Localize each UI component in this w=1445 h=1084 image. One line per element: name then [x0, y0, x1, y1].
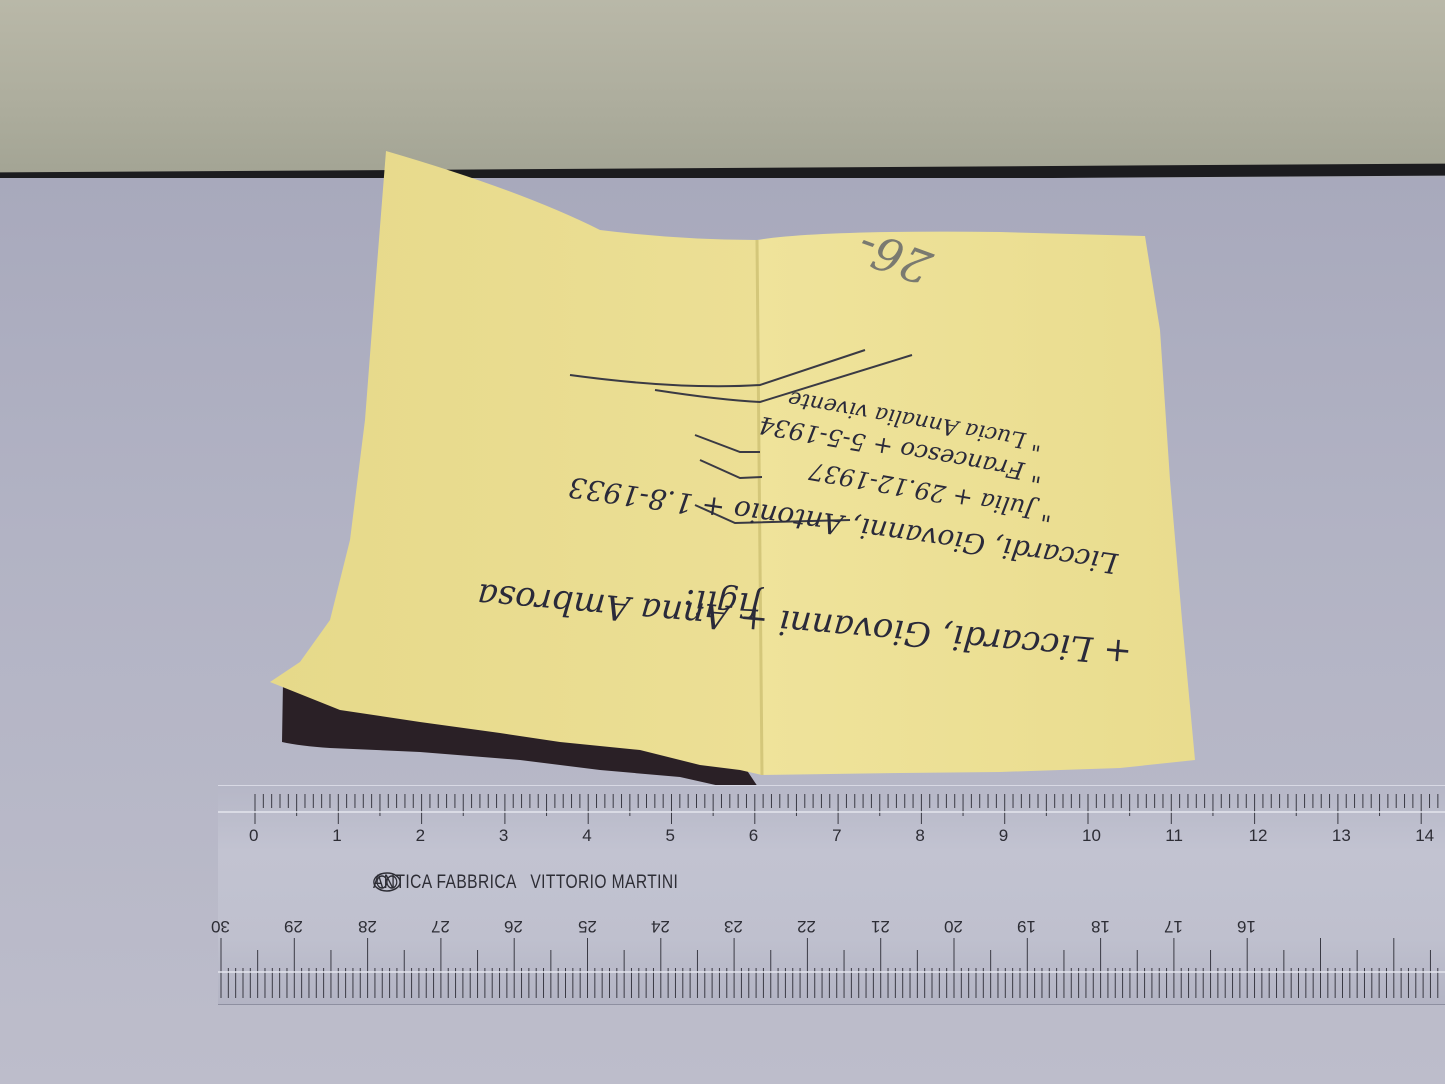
top-scale-label: 9 [999, 826, 1008, 846]
top-scale-label: 3 [499, 826, 508, 846]
top-scale-label: 2 [416, 826, 425, 846]
bottom-scale-label: 17 [1164, 916, 1183, 936]
top-scale-label: 1 [332, 826, 341, 846]
top-scale-label: 12 [1249, 826, 1268, 846]
top-scale-label: 4 [582, 826, 591, 846]
bottom-scale-label: 24 [651, 916, 670, 936]
bottom-scale-label: 30 [211, 916, 230, 936]
top-scale-label: 11 [1165, 826, 1183, 846]
bottom-scale-label: 22 [797, 916, 816, 936]
ruler-brand: ANTICA FABBRICA VITTORIO MARTINI [373, 872, 678, 894]
bottom-scale-label: 21 [871, 916, 890, 936]
top-scale-label: 10 [1082, 826, 1101, 846]
bottom-scale-label: 19 [1017, 916, 1036, 936]
top-scale-label: 7 [832, 826, 841, 846]
top-scale-label: 13 [1332, 826, 1351, 846]
brand-right: VITTORIO MARTINI [530, 872, 678, 893]
top-scale-label: 14 [1415, 826, 1434, 846]
bottom-scale-label: 25 [578, 916, 597, 936]
top-scale-label: 6 [749, 826, 758, 846]
top-scale-label: 0 [249, 826, 258, 846]
bottom-scale-label: 26 [504, 916, 523, 936]
bottom-scale-label: 28 [358, 916, 377, 936]
top-scale-label: 8 [915, 826, 924, 846]
bottom-scale-label: 16 [1237, 916, 1256, 936]
bottom-scale-label: 27 [431, 916, 450, 936]
ruler-scales [218, 786, 1445, 1004]
bottom-scale-label: 29 [284, 916, 303, 936]
bottom-scale-label: 23 [724, 916, 743, 936]
bottom-scale-label: 18 [1091, 916, 1110, 936]
ruler: 01234567891011121314 3029282726252423222… [218, 785, 1445, 1005]
handwritten-line-2: figli: [682, 581, 762, 625]
bottom-scale-label: 20 [944, 916, 963, 936]
top-scale-label: 5 [666, 826, 675, 846]
